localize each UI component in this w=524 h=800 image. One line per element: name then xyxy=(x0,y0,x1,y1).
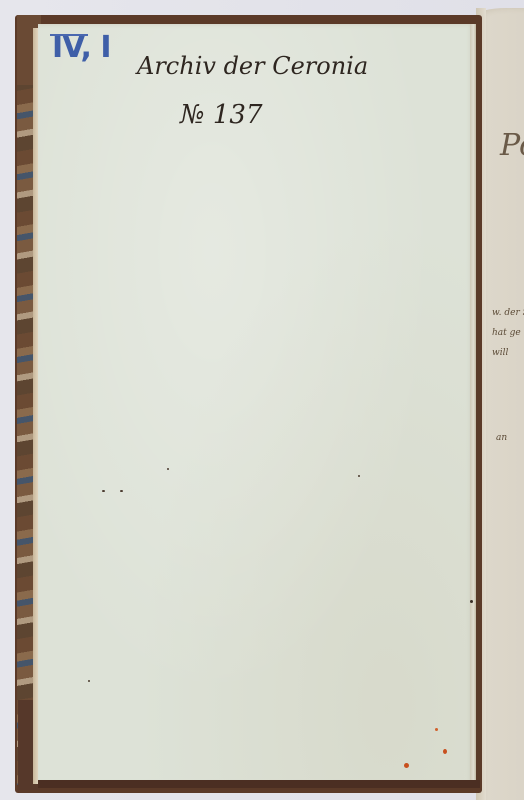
speck xyxy=(120,490,123,492)
facing-page: Po w. der Stu hat ge hau will an xyxy=(476,8,524,800)
speck xyxy=(102,490,105,492)
facing-page-heading: Po xyxy=(500,128,524,163)
inscription-number: № 137 xyxy=(180,100,263,130)
inscription-title: Archiv der Ceronia xyxy=(137,52,368,80)
speck xyxy=(167,468,169,470)
speck xyxy=(88,680,90,682)
pastedown-page xyxy=(38,24,474,784)
shelfmark-overline xyxy=(50,34,88,36)
facing-page-line: hat ge hau xyxy=(492,328,524,338)
foxing-spot xyxy=(435,728,438,731)
facing-page-line: will xyxy=(492,348,508,358)
speck xyxy=(358,475,360,477)
foxing-spot xyxy=(443,749,447,754)
speck xyxy=(470,600,473,603)
facing-page-line: an xyxy=(496,433,507,443)
shelfmark: IV, I xyxy=(52,30,111,65)
cover-bottom-edge xyxy=(38,780,480,788)
hinge-fold xyxy=(470,24,476,784)
foxing-spot xyxy=(404,763,409,768)
facing-page-line: w. der Stu xyxy=(492,308,524,318)
